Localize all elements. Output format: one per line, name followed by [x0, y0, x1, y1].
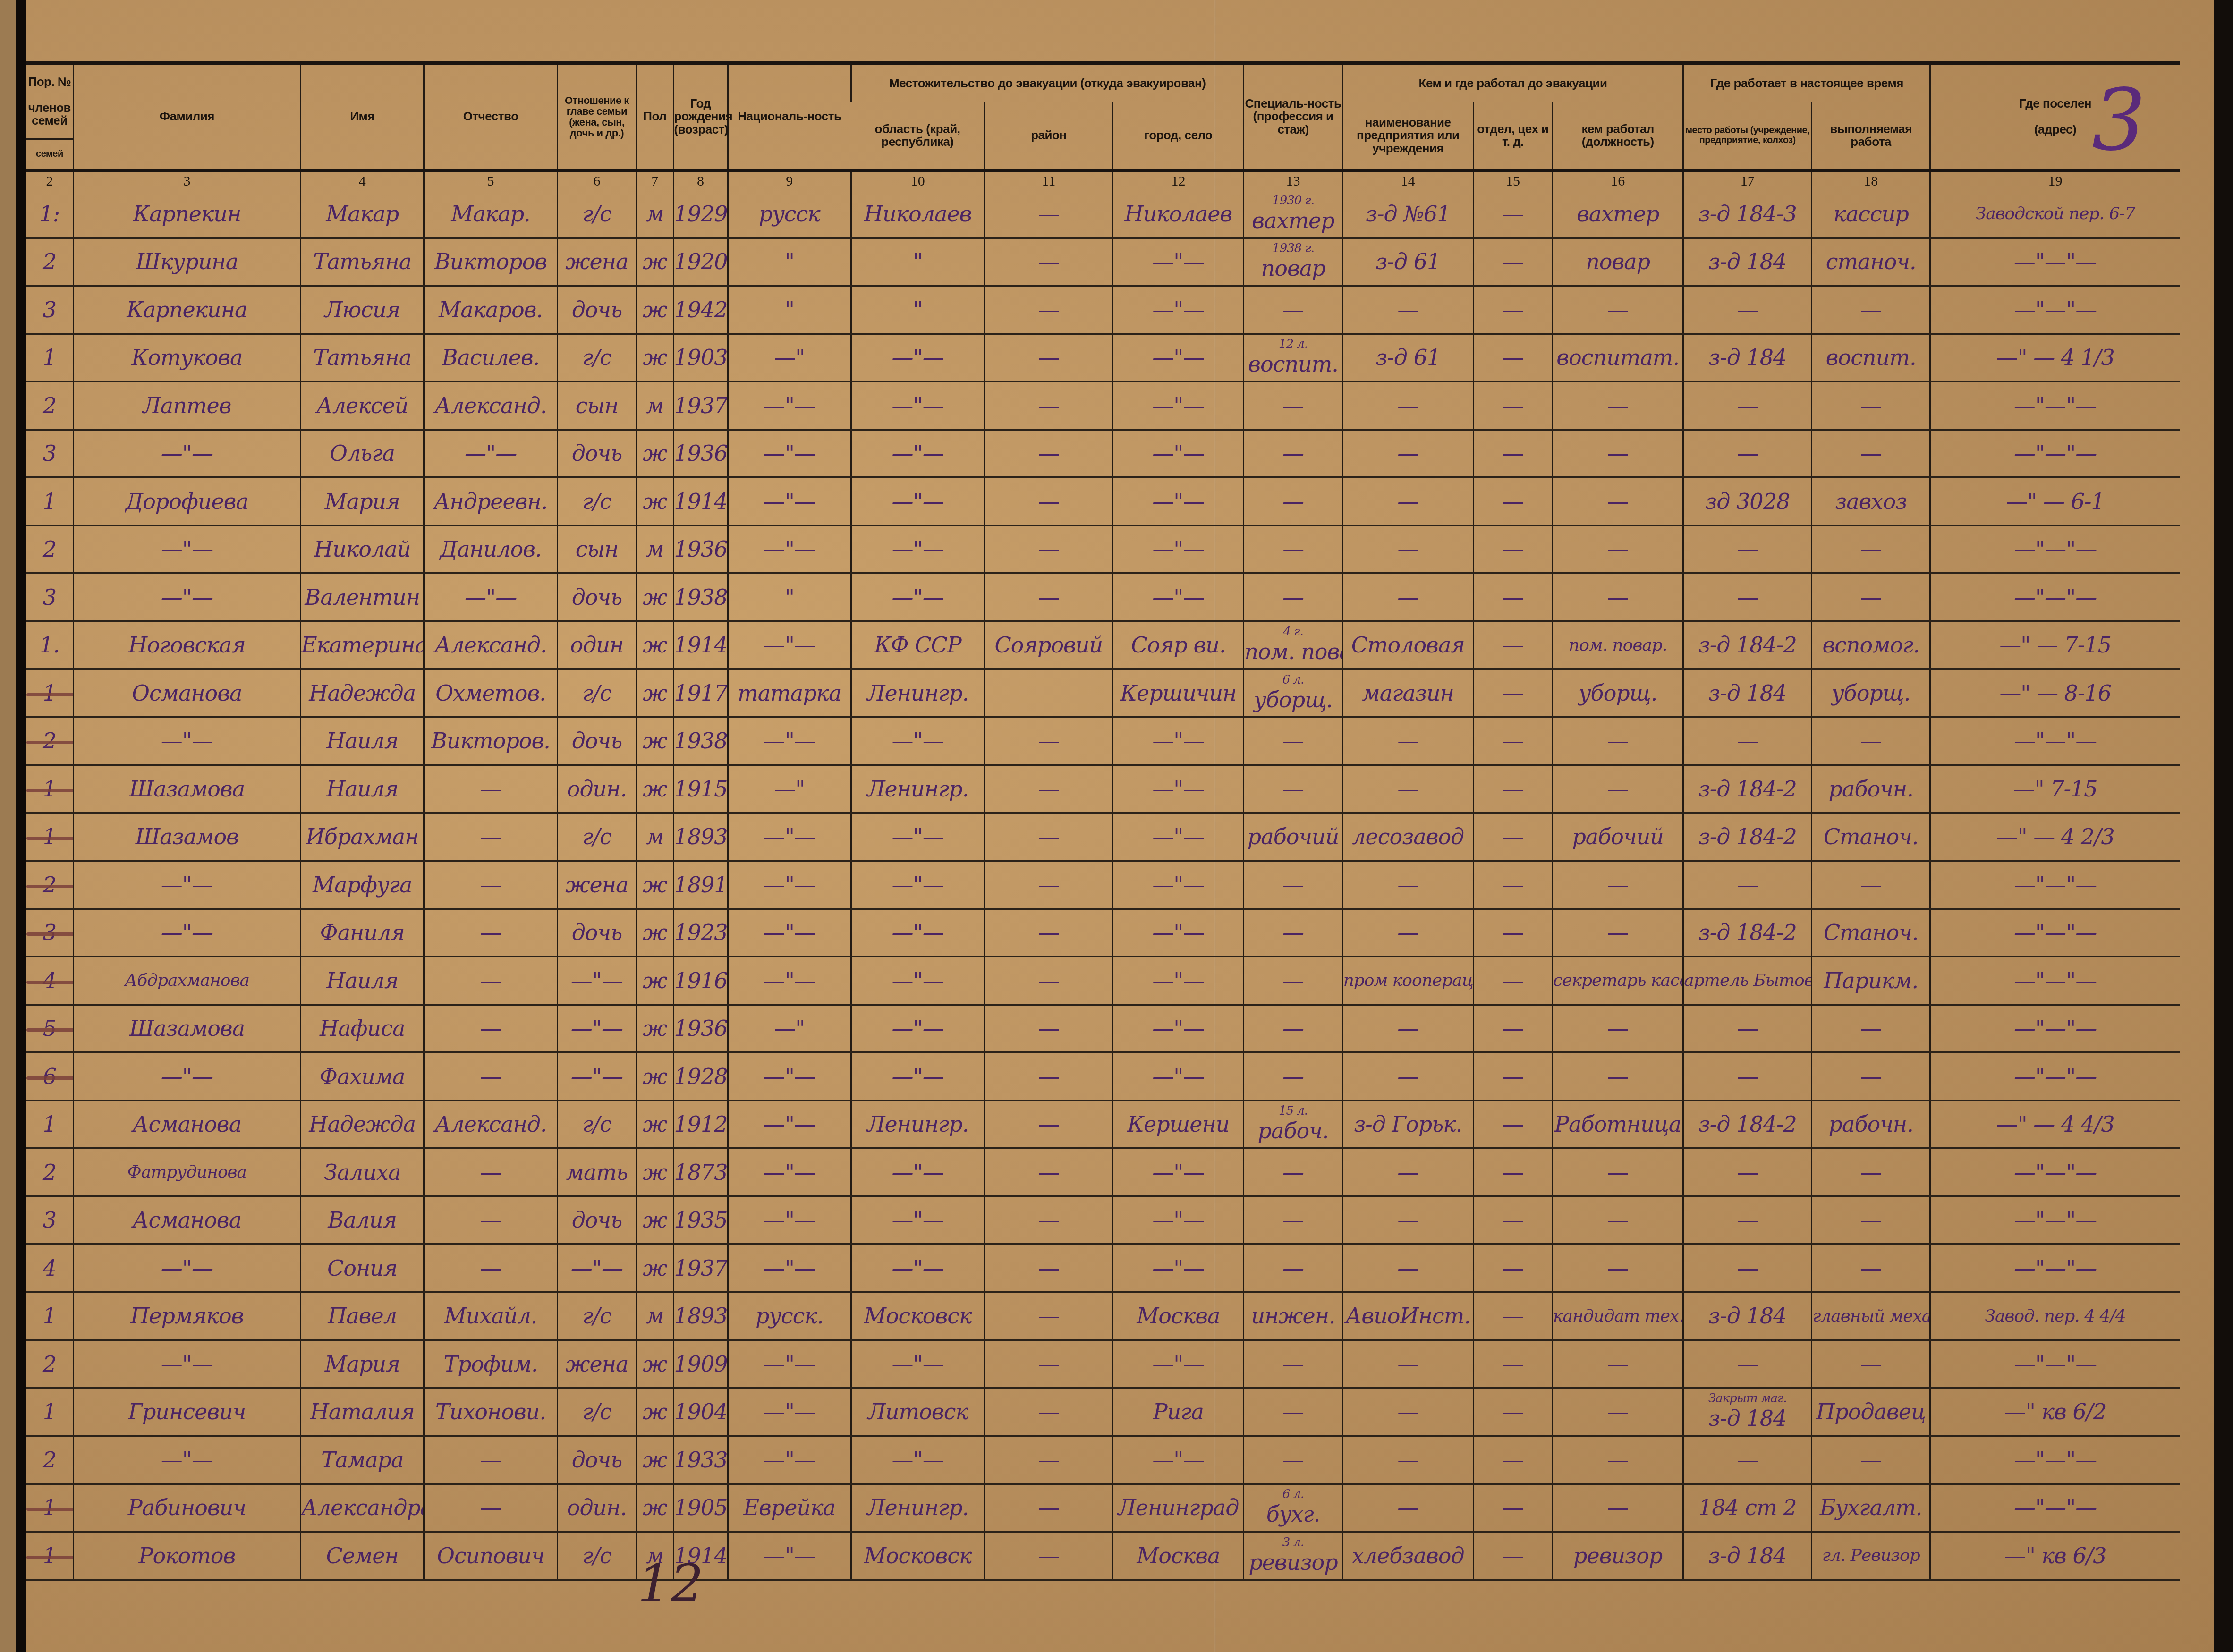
column-number: 19: [1930, 170, 2180, 191]
cell-district: —: [985, 191, 1113, 238]
cell-prev-position-text: —: [1607, 872, 1629, 898]
cell-sex-text: ж: [643, 1207, 667, 1233]
cell-district: —: [985, 861, 1113, 909]
cell-prev-position-text: —: [1607, 1160, 1629, 1185]
cell-cur-job-text: —: [1860, 297, 1882, 322]
cell-nationality: —"—: [728, 1101, 851, 1149]
cell-nationality-text: —"—: [764, 1255, 815, 1281]
cell-prev-org-text: магазин: [1362, 680, 1454, 706]
cell-prev-position-text: Работница: [1554, 1111, 1681, 1137]
cell-sex-text: ж: [643, 1447, 667, 1473]
cell-city: —"—: [1113, 909, 1244, 957]
cell-city-text: —"—: [1152, 1255, 1204, 1281]
cell-nationality: —"—: [728, 1532, 851, 1580]
cell-address: —" кв 6/2: [1930, 1388, 2180, 1436]
cell-sex: ж: [637, 765, 673, 813]
cell-specialty: —: [1244, 1196, 1342, 1245]
cell-sex: ж: [637, 286, 673, 334]
cell-prev-dept-text: —: [1502, 297, 1523, 322]
cell-relation-text: —"—: [571, 1016, 623, 1041]
cell-member-number: 1: [26, 669, 73, 717]
cell-city: Сояр ви.: [1113, 621, 1244, 669]
cell-prev-org-text: з-д 61: [1375, 345, 1440, 370]
cell-imya: Татьяна: [300, 238, 424, 286]
cell-prev-dept-text: —: [1502, 1016, 1523, 1041]
cell-member-number: 1:: [26, 191, 73, 238]
cell-familiya-text: Асманова: [133, 1111, 241, 1137]
specialty-tenure-note: 4 г.: [1244, 626, 1341, 638]
cell-city-text: Кершичин: [1120, 680, 1236, 706]
cell-nationality: —"—: [728, 430, 851, 478]
cell-address: Завод. пер. 4 4/4: [1930, 1292, 2180, 1340]
cell-relation: —"—: [557, 1052, 636, 1101]
specialty-tenure-note: 12 л.: [1244, 338, 1341, 350]
cell-prev-org: з-д №61: [1342, 191, 1473, 238]
cell-member-number-text: 4: [43, 1255, 56, 1281]
cell-prev-dept: —: [1473, 1101, 1552, 1149]
cell-nationality: —"—: [728, 1340, 851, 1388]
cell-otchestvo-text: Макар.: [451, 201, 530, 227]
cell-prev-position-text: —: [1607, 1255, 1629, 1281]
cell-city-text: —"—: [1152, 441, 1204, 466]
cell-familiya: —"—: [73, 909, 300, 957]
cell-prev-org: пром кооперац.: [1342, 957, 1473, 1005]
cell-specialty: —: [1244, 765, 1342, 813]
cell-prev-dept: —: [1473, 669, 1552, 717]
cell-member-number: 3: [26, 573, 73, 621]
cell-cur-place-text: з-д 184-2: [1698, 920, 1797, 945]
table-row-crossed-out: 5ШазамоваНафиса——"—ж1936—"—"———"————————…: [26, 1005, 2180, 1053]
strikethrough-line: [26, 741, 73, 744]
cell-district: —: [985, 286, 1113, 334]
cell-nationality-text: ": [785, 585, 794, 610]
cell-prev-position-text: —: [1607, 776, 1629, 802]
cell-familiya-text: —"—: [161, 1064, 213, 1089]
document-sheet: 3 Пор. №членов семей Фамилия Имя Отчеств…: [0, 0, 2233, 1652]
cell-region: Ленингр.: [851, 765, 985, 813]
cell-prev-dept: —: [1473, 1484, 1552, 1532]
cell-region: —"—: [851, 813, 985, 861]
cell-region-text: —"—: [892, 968, 944, 993]
table-row: 1АсмановаНадеждаАлександ.г/сж1912—"—Лени…: [26, 1101, 2180, 1149]
cell-address: —"—"—: [1930, 525, 2180, 574]
cell-cur-job-text: вспомог.: [1822, 632, 1919, 658]
cell-familiya: Ноговская: [73, 621, 300, 669]
cell-prev-position-text: ревизор: [1573, 1543, 1662, 1568]
cell-otchestvo: Александ.: [424, 381, 557, 430]
cell-prev-org: —: [1342, 1005, 1473, 1053]
cell-district: —: [985, 909, 1113, 957]
cell-birth-year-text: 1923: [674, 920, 728, 945]
cell-region-text: —"—: [892, 489, 944, 514]
cell-nationality-text: —"—: [764, 1543, 815, 1568]
cell-region: —"—: [851, 1148, 985, 1196]
cell-cur-job-text: рабочн.: [1829, 1111, 1913, 1137]
table-row: 3—"—Валентин—"—дочьж1938"—"———"————————"…: [26, 573, 2180, 621]
column-number: 2: [26, 170, 73, 191]
cell-cur-place-text: —: [1737, 536, 1758, 562]
cell-prev-dept-text: —: [1502, 872, 1523, 898]
cell-birth-year-text: 1914: [674, 489, 728, 514]
column-number: 10: [851, 170, 985, 191]
cell-sex: м: [637, 525, 673, 574]
cell-prev-org-text: лесозавод: [1352, 824, 1464, 849]
cell-sex: ж: [637, 1388, 673, 1436]
cell-address-text: —" — 8-16: [1999, 680, 2111, 706]
cell-relation-text: г/с: [582, 680, 611, 706]
cell-imya-text: Наиля: [326, 776, 398, 802]
cell-member-number: 5: [26, 1005, 73, 1053]
cell-cur-job: —: [1812, 525, 1930, 574]
cell-imya: Марфуга: [300, 861, 424, 909]
cell-cur-job-text: рабочн.: [1829, 776, 1913, 802]
cell-imya: Макар: [300, 191, 424, 238]
header-residence-city: город, село: [1113, 102, 1244, 170]
cell-familiya-text: Ноговская: [128, 632, 246, 658]
cell-otchestvo-text: Александ.: [435, 632, 547, 658]
cell-prev-dept: —: [1473, 430, 1552, 478]
cell-cur-job-text: —: [1860, 1447, 1882, 1473]
cell-prev-position: —: [1553, 477, 1683, 525]
cell-otchestvo-text: —: [480, 1255, 501, 1281]
specialty-tenure-note: 15 л.: [1244, 1105, 1341, 1117]
cell-imya-text: Ибрахман: [306, 824, 419, 849]
cell-member-number-text: 1: [43, 1303, 56, 1329]
cell-city-text: Москва: [1137, 1543, 1220, 1568]
cell-imya-text: Николай: [314, 536, 410, 562]
cell-prev-org: —: [1342, 1052, 1473, 1101]
cell-district-text: —: [1038, 585, 1059, 610]
cell-prev-dept: —: [1473, 621, 1552, 669]
cell-sex-text: ж: [643, 920, 667, 945]
cell-cur-place: з-д 184: [1683, 1292, 1812, 1340]
cell-relation-text: —"—: [571, 1064, 623, 1089]
cell-prev-dept-text: —: [1502, 1111, 1523, 1137]
cell-address-text: —"—"—: [2014, 249, 2097, 274]
cell-imya-text: Мария: [325, 489, 400, 514]
cell-imya-text: Валия: [328, 1207, 397, 1233]
cell-cur-place-text: —: [1737, 1447, 1758, 1473]
cell-address-text: Завод. пер. 4 4/4: [1985, 1306, 2126, 1326]
cell-city-text: Рига: [1153, 1399, 1204, 1424]
cell-birth-year-text: 1928: [674, 1064, 728, 1089]
header-prev-work-position: кем работал (должность): [1553, 102, 1683, 170]
cell-nationality: —"—: [728, 717, 851, 765]
cur-place-note: Закрыт маг.: [1684, 1392, 1811, 1405]
cell-member-number: 3: [26, 909, 73, 957]
cell-member-number-text: 2: [43, 536, 56, 562]
cell-prev-org-text: з-д Горьк.: [1354, 1111, 1462, 1137]
cell-region-text: —"—: [892, 872, 944, 898]
cell-prev-position: —: [1553, 430, 1683, 478]
cell-cur-job: кассир: [1812, 191, 1930, 238]
cell-sex: ж: [637, 573, 673, 621]
cell-cur-place: Закрыт маг.з-д 184: [1683, 1388, 1812, 1436]
evacuee-register-table: Пор. №членов семей Фамилия Имя Отчество …: [26, 61, 2180, 1581]
table-row: 3АсмановаВалия—дочьж1935—"——"———"———————…: [26, 1196, 2180, 1245]
cell-address: —"—"—: [1930, 1052, 2180, 1101]
cell-city: —"—: [1113, 238, 1244, 286]
cell-cur-place-text: з-д 184-3: [1698, 201, 1797, 227]
cell-cur-place-text: —: [1737, 1064, 1758, 1089]
cell-address: —" 7-15: [1930, 765, 2180, 813]
header-relation: Отношение к главе семьи (жена, сын, дочь…: [557, 63, 636, 170]
specialty-tenure-note: 6 л.: [1244, 674, 1341, 686]
cell-prev-org: —: [1342, 717, 1473, 765]
cell-familiya: —"—: [73, 861, 300, 909]
cell-address: —"—"—: [1930, 1244, 2180, 1292]
cell-district: —: [985, 1052, 1113, 1101]
cell-address: —"—"—: [1930, 1196, 2180, 1245]
cell-familiya: Карпекин: [73, 191, 300, 238]
cell-relation-text: дочь: [572, 585, 622, 610]
column-number: 16: [1553, 170, 1683, 191]
cell-sex: ж: [637, 669, 673, 717]
cell-otchestvo-text: —"—: [465, 441, 517, 466]
cell-cur-place-text: з-д 184-2: [1698, 1111, 1797, 1137]
cell-imya: Залиха: [300, 1148, 424, 1196]
cell-cur-place-text: з-д 184: [1708, 1303, 1786, 1329]
cell-prev-org: з-д 61: [1342, 334, 1473, 382]
cell-nationality: ": [728, 286, 851, 334]
cell-otchestvo-text: —: [480, 824, 501, 849]
cell-prev-org: —: [1342, 765, 1473, 813]
cell-prev-org-text: —: [1397, 1016, 1418, 1041]
cell-prev-org: —: [1342, 1436, 1473, 1484]
table-row: 3КарпекинаЛюсияМакаров.дочьж1942""——"———…: [26, 286, 2180, 334]
cell-region-text: ": [913, 249, 923, 274]
cell-region: —"—: [851, 477, 985, 525]
cell-sex: м: [637, 813, 673, 861]
cell-familiya-text: Шазамов: [136, 824, 238, 849]
cell-prev-position: —: [1553, 765, 1683, 813]
cell-otchestvo: —: [424, 1005, 557, 1053]
cell-relation-text: —"—: [571, 1255, 623, 1281]
cell-otchestvo: —: [424, 909, 557, 957]
cell-specialty-text: инжен.: [1251, 1303, 1335, 1329]
cell-imya-text: Семен: [326, 1543, 399, 1568]
cell-imya: Семен: [300, 1532, 424, 1580]
cell-prev-position: —: [1553, 1052, 1683, 1101]
cell-imya: Надежда: [300, 669, 424, 717]
cell-imya: Наталия: [300, 1388, 424, 1436]
cell-cur-place-text: з-д 184-2: [1698, 632, 1797, 658]
cell-region: ": [851, 286, 985, 334]
cell-familiya: —"—: [73, 525, 300, 574]
cell-otchestvo: —: [424, 813, 557, 861]
cell-specialty-text: вахтер: [1252, 208, 1334, 233]
column-number: 9: [728, 170, 851, 191]
cell-prev-position: —: [1553, 525, 1683, 574]
header-imya: Имя: [300, 63, 424, 170]
header-otchestvo: Отчество: [424, 63, 557, 170]
cell-familiya: —"—: [73, 1244, 300, 1292]
cell-imya-text: Наиля: [326, 728, 398, 754]
cell-familiya-text: Пермяков: [130, 1303, 243, 1329]
table-row: 1ГринсевичНаталияТихонови.г/сж1904—"—Лит…: [26, 1388, 2180, 1436]
cell-prev-org-text: пром кооперац.: [1343, 971, 1474, 990]
cell-prev-dept-text: —: [1502, 1495, 1523, 1520]
cell-prev-dept: —: [1473, 1244, 1552, 1292]
cell-cur-place: —: [1683, 717, 1812, 765]
cell-birth-year: 1938: [673, 573, 728, 621]
cell-address: —" — 4 2/3: [1930, 813, 2180, 861]
cell-prev-org-text: з-д №61: [1366, 201, 1450, 227]
cell-cur-place-text: —: [1737, 441, 1758, 466]
strikethrough-line: [26, 1556, 73, 1559]
cell-specialty: —: [1244, 1388, 1342, 1436]
table-row: 1.НоговскаяЕкатеринаАлександ.одинж1914—"…: [26, 621, 2180, 669]
cell-birth-year: 1936: [673, 1005, 728, 1053]
cell-otchestvo-text: Андреевн.: [434, 489, 548, 514]
cell-prev-dept-text: —: [1502, 249, 1523, 274]
cell-member-number-text: 3: [43, 585, 56, 610]
cell-member-number-text: 1:: [40, 201, 60, 227]
cell-relation: г/с: [557, 1101, 636, 1149]
cell-prev-position: Работница: [1553, 1101, 1683, 1149]
cell-specialty-text: воспит.: [1248, 351, 1338, 377]
cell-address-text: —"—"—: [2014, 1016, 2097, 1041]
cell-relation: г/с: [557, 334, 636, 382]
table-row: 2—"—МарияТрофим.женаж1909—"——"———"——————…: [26, 1340, 2180, 1388]
cell-birth-year-text: 1936: [674, 1016, 728, 1041]
cell-cur-job-text: —: [1860, 728, 1882, 754]
cell-specialty-text: ревизор: [1248, 1550, 1337, 1575]
cell-prev-dept: —: [1473, 765, 1552, 813]
cell-city-text: Кершени: [1127, 1111, 1229, 1137]
cell-specialty: —: [1244, 1244, 1342, 1292]
cell-otchestvo: Михайл.: [424, 1292, 557, 1340]
cell-address-text: —" кв 6/3: [2004, 1543, 2106, 1568]
cell-relation-text: мать: [566, 1160, 628, 1185]
cell-prev-org: з-д 61: [1342, 238, 1473, 286]
cell-specialty-text: —: [1282, 1351, 1304, 1377]
cell-prev-dept: —: [1473, 1292, 1552, 1340]
cell-nationality: —"—: [728, 525, 851, 574]
cell-cur-job-text: уборщ.: [1832, 680, 1910, 706]
cell-address: —"—"—: [1930, 1340, 2180, 1388]
cell-address: —"—"—: [1930, 1005, 2180, 1053]
cell-city-text: —"—: [1152, 249, 1204, 274]
cell-district: —: [985, 1436, 1113, 1484]
cell-otchestvo-text: Михайл.: [444, 1303, 537, 1329]
cell-region-text: —"—: [892, 1064, 944, 1089]
cell-imya: Наиля: [300, 765, 424, 813]
cell-sex-text: м: [646, 393, 663, 418]
cell-relation-text: дочь: [572, 728, 622, 754]
cell-specialty-text: —: [1282, 1016, 1304, 1041]
cell-district-text: —: [1038, 441, 1059, 466]
column-number: 6: [557, 170, 636, 191]
cell-specialty: —: [1244, 1052, 1342, 1101]
cell-cur-job: вспомог.: [1812, 621, 1930, 669]
table-row: 1КотуковаТатьянаВасилев.г/сж1903—"—"———"…: [26, 334, 2180, 382]
cell-district: —: [985, 1292, 1113, 1340]
header-specialty: Специаль-ность (профессия и стаж): [1244, 63, 1342, 170]
cell-district: —: [985, 381, 1113, 430]
cell-cur-place-text: з-д 184-2: [1698, 776, 1797, 802]
cell-otchestvo-text: Данилов.: [440, 536, 542, 562]
cell-address-text: —"—"—: [2014, 920, 2097, 945]
cell-birth-year-text: 1903: [674, 345, 728, 370]
cell-familiya-text: Шазамова: [129, 1016, 245, 1041]
strikethrough-line: [26, 885, 73, 888]
cell-sex: ж: [637, 1148, 673, 1196]
cell-relation: г/с: [557, 1292, 636, 1340]
cell-otchestvo-text: —: [480, 1064, 501, 1089]
cell-nationality: —": [728, 334, 851, 382]
column-number: 7: [637, 170, 673, 191]
cell-city: —"—: [1113, 813, 1244, 861]
cell-specialty-text: рабочий: [1248, 824, 1339, 849]
cell-city: —"—: [1113, 717, 1244, 765]
cell-specialty-text: —: [1282, 1207, 1304, 1233]
cell-city-text: —"—: [1152, 776, 1204, 802]
cell-cur-place: артель Бытовик: [1683, 957, 1812, 1005]
cell-imya-text: Ольга: [330, 441, 395, 466]
cell-member-number: 1: [26, 813, 73, 861]
cell-city: —"—: [1113, 765, 1244, 813]
cell-region-text: —"—: [892, 585, 944, 610]
cell-district-text: —: [1038, 968, 1059, 993]
cell-cur-place: —: [1683, 1244, 1812, 1292]
cell-sex: ж: [637, 238, 673, 286]
cell-otchestvo: —: [424, 957, 557, 1005]
cell-cur-job: воспит.: [1812, 334, 1930, 382]
cell-nationality: —"—: [728, 477, 851, 525]
cell-district: —: [985, 1484, 1113, 1532]
cell-region-text: Ленингр.: [867, 776, 968, 802]
cell-cur-job-text: воспит.: [1826, 345, 1916, 370]
cell-prev-dept-text: —: [1502, 1207, 1523, 1233]
cell-familiya-text: Абдрахманова: [125, 971, 249, 990]
cell-district-text: —: [1038, 1447, 1059, 1473]
cell-relation: дочь: [557, 573, 636, 621]
cell-member-number-text: 2: [43, 1160, 56, 1185]
cell-imya: Валия: [300, 1196, 424, 1245]
column-number: 8: [673, 170, 728, 191]
cell-nationality-text: —": [774, 1016, 805, 1041]
cell-imya-text: Наталия: [310, 1399, 415, 1424]
cell-city-text: —"—: [1152, 920, 1204, 945]
cell-relation: г/с: [557, 477, 636, 525]
cell-prev-dept-text: —: [1502, 201, 1523, 227]
cell-district: —: [985, 1196, 1113, 1245]
cell-prev-position-text: —: [1607, 489, 1629, 514]
cell-prev-org: —: [1342, 573, 1473, 621]
header-prev-work-group: Кем и где работал до эвакуации: [1342, 63, 1683, 103]
cell-imya: Мария: [300, 1340, 424, 1388]
column-number: 3: [73, 170, 300, 191]
cell-district-text: Сояровий: [995, 632, 1103, 658]
cell-imya: Надежда: [300, 1101, 424, 1149]
cell-region: —"—: [851, 430, 985, 478]
cell-imya-text: Мария: [325, 1351, 400, 1377]
cell-specialty: 15 л.рабоч.: [1244, 1101, 1342, 1149]
cell-nationality-text: —"—: [764, 1064, 815, 1089]
cell-nationality-text: —"—: [764, 393, 815, 418]
cell-cur-job: рабочн.: [1812, 1101, 1930, 1149]
cell-sex: ж: [637, 477, 673, 525]
cell-familiya: Асманова: [73, 1101, 300, 1149]
cell-prev-dept-text: —: [1502, 345, 1523, 370]
cell-birth-year: 1904: [673, 1388, 728, 1436]
cell-cur-place: з-д 184: [1683, 669, 1812, 717]
cell-prev-org: АвиоИнст.: [1342, 1292, 1473, 1340]
cell-sex-text: ж: [643, 1351, 667, 1377]
table-row: 2ЛаптевАлексейАлександ.сынм1937—"——"———"…: [26, 381, 2180, 430]
cell-district: —: [985, 1005, 1113, 1053]
